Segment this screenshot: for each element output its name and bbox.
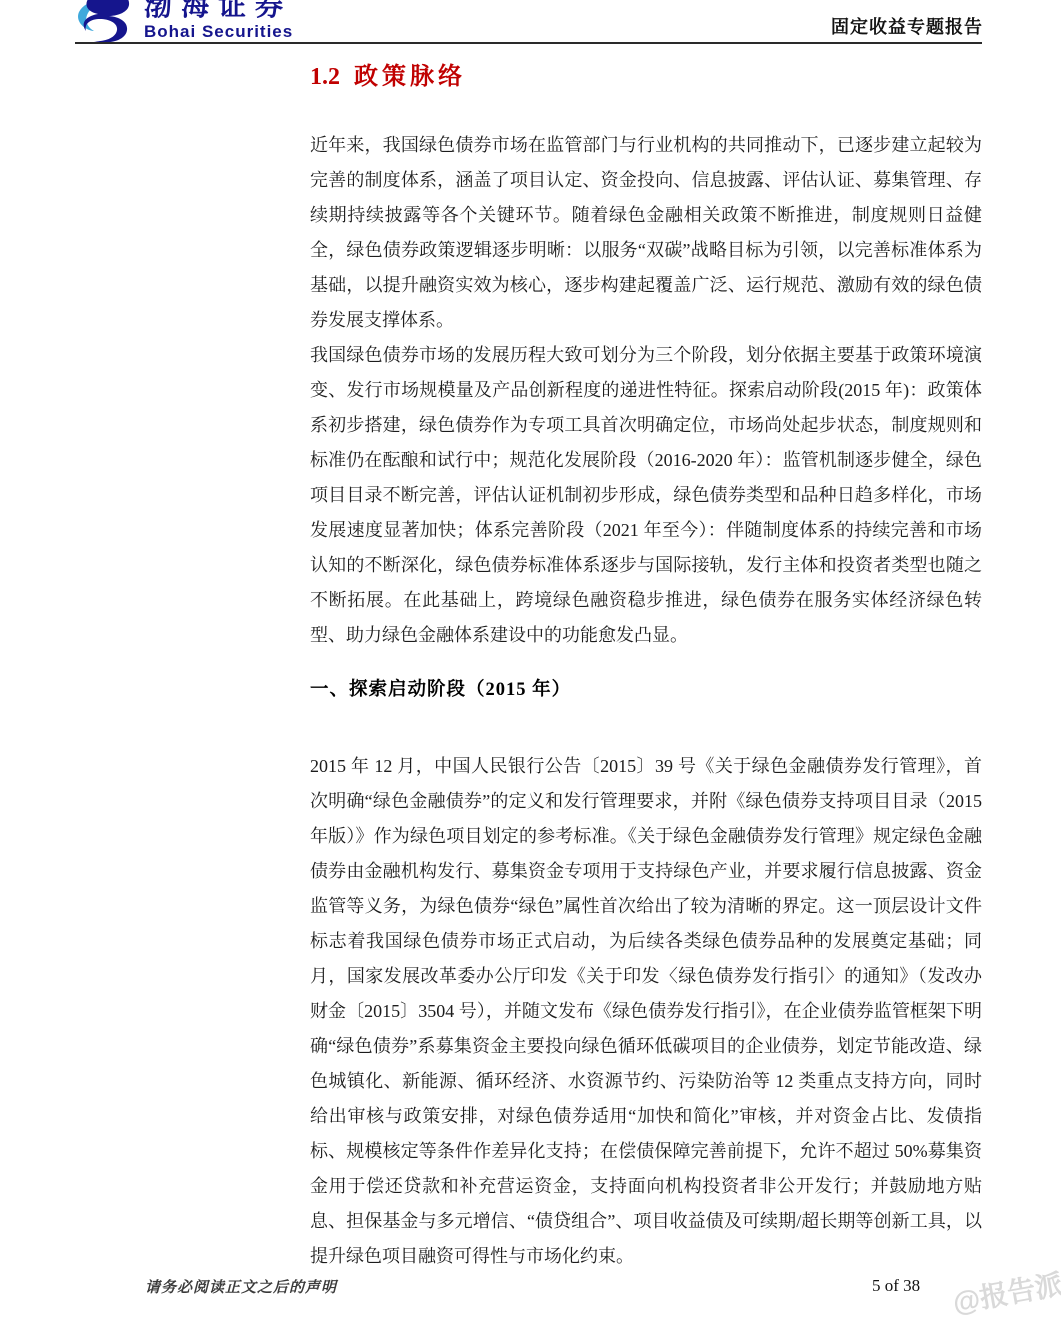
- logo-name-chinese: 渤海证券: [144, 0, 293, 20]
- bohai-logo-mark-icon: [76, 0, 136, 44]
- page-number: 5 of 38: [872, 1276, 920, 1296]
- footer-disclaimer: 请务必阅读正文之后的声明: [145, 1276, 337, 1297]
- paragraph-policy-overview: 近年来，我国绿色债券市场在监管部门与行业机构的共同推动下，已逐步建立起较为完善的…: [310, 128, 982, 338]
- report-page: 渤海证券 Bohai Securities 固定收益专题报告 1.2政策脉络 近…: [0, 0, 1061, 1320]
- subsection-title-exploration-stage: 一、探索启动阶段（2015 年）: [310, 678, 982, 703]
- logo-name-english: Bohai Securities: [144, 23, 293, 40]
- report-type-label: 固定收益专题报告: [831, 13, 983, 39]
- document-body: 1.2政策脉络 近年来，我国绿色债券市场在监管部门与行业机构的共同推动下，已逐步…: [310, 62, 982, 1274]
- page-header: 渤海证券 Bohai Securities 固定收益专题报告: [0, 0, 1061, 60]
- section-number: 1.2: [310, 64, 340, 90]
- section-title: 1.2政策脉络: [310, 62, 982, 92]
- logo-text: 渤海证券 Bohai Securities: [144, 0, 293, 40]
- section-title-text: 政策脉络: [354, 64, 466, 90]
- paragraph-2015-policies: 2015 年 12 月，中国人民银行公告〔2015〕39 号《关于绿色金融债券发…: [310, 749, 982, 1274]
- header-divider: [75, 42, 982, 44]
- paragraph-development-stages: 我国绿色债券市场的发展历程大致可划分为三个阶段，划分依据主要基于政策环境演变、发…: [310, 338, 982, 653]
- bohai-securities-logo: 渤海证券 Bohai Securities: [76, 0, 293, 44]
